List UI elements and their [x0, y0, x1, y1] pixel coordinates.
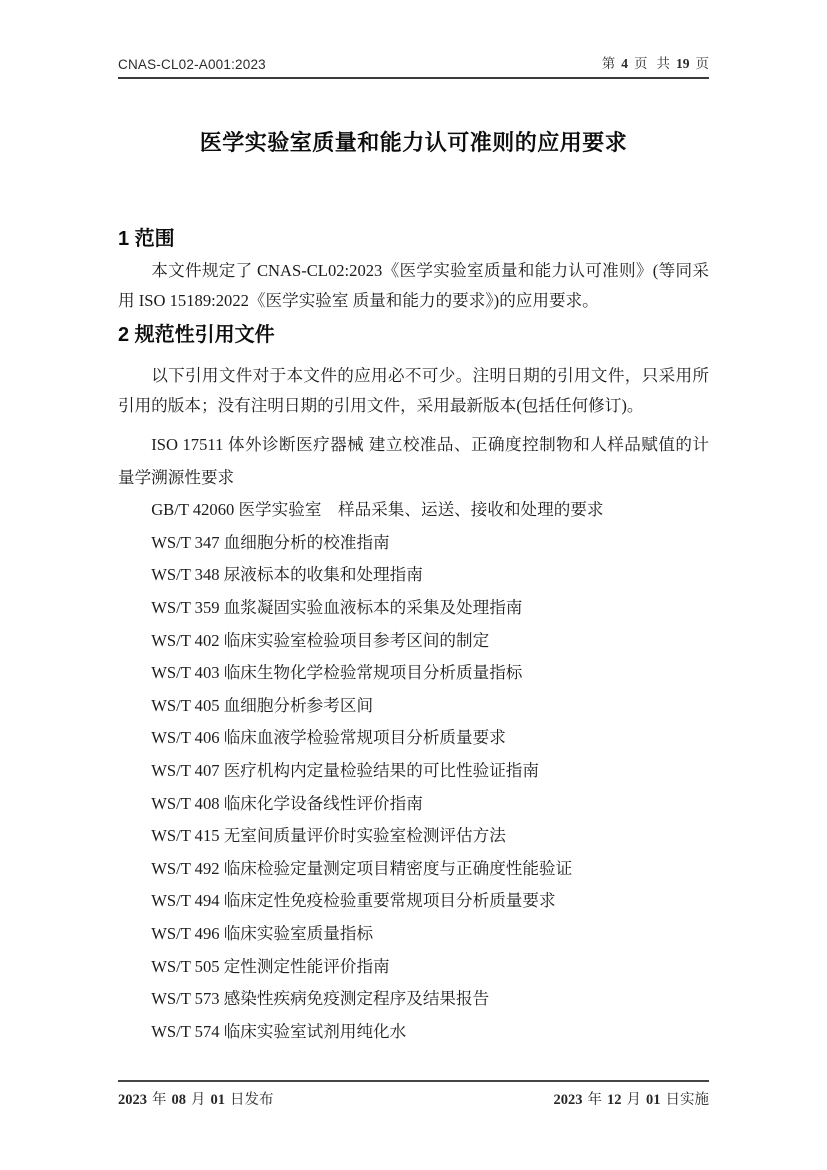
reference-item: WS/T 402 临床实验室检验项目参考区间的制定 [118, 625, 709, 658]
reference-item: WS/T 407 医疗机构内定量检验结果的可比性验证指南 [118, 755, 709, 788]
release-day-label: 日发布 [230, 1088, 274, 1109]
paragraph-references-intro: 以下引用文件对于本文件的应用必不可少。注明日期的引用文件，只采用所引用的版本；没… [118, 361, 709, 421]
footer-implementation-date: 2023 年 12 月 01 日实施 [554, 1088, 710, 1109]
implement-month: 12 [607, 1092, 622, 1109]
reference-item: WS/T 574 临床实验室试剂用纯化水 [118, 1016, 709, 1049]
document-page: CNAS-CL02-A001:2023 第 4 页 共 19 页 医学实验室质量… [0, 0, 827, 1170]
reference-item: GB/T 42060 医学实验室 样品采集、运送、接收和处理的要求 [118, 494, 709, 527]
reference-item: WS/T 494 临床定性免疫检验重要常规项目分析质量要求 [118, 885, 709, 918]
implement-year: 2023 [554, 1092, 583, 1109]
reference-item: WS/T 496 临床实验室质量指标 [118, 918, 709, 951]
release-month-label: 月 [191, 1088, 206, 1109]
release-day: 01 [211, 1092, 226, 1109]
reference-item: WS/T 505 定性测定性能评价指南 [118, 951, 709, 984]
page-footer: 2023 年 08 月 01 日发布 2023 年 12 月 01 日实施 [118, 1080, 709, 1109]
release-month: 08 [172, 1092, 187, 1109]
reference-item: WS/T 347 血细胞分析的校准指南 [118, 527, 709, 560]
implement-day: 01 [646, 1092, 661, 1109]
implement-day-label: 日实施 [666, 1088, 710, 1109]
reference-item: WS/T 573 感染性疾病免疫测定程序及结果报告 [118, 983, 709, 1016]
reference-item: WS/T 492 临床检验定量测定项目精密度与正确度性能验证 [118, 853, 709, 886]
reference-item: WS/T 348 尿液标本的收集和处理指南 [118, 559, 709, 592]
reference-item: WS/T 359 血浆凝固实验血液标本的采集及处理指南 [118, 592, 709, 625]
document-title: 医学实验室质量和能力认可准则的应用要求 [118, 128, 709, 158]
section-heading-scope: 1 范围 [118, 228, 709, 250]
reference-item: WS/T 408 临床化学设备线性评价指南 [118, 788, 709, 821]
reference-item: WS/T 405 血细胞分析参考区间 [118, 690, 709, 723]
section-heading-normative-references: 2 规范性引用文件 [118, 324, 709, 346]
reference-item: ISO 17511 体外诊断医疗器械 建立校准品、正确度控制物和人样品赋值的计量… [118, 429, 709, 494]
paragraph-scope: 本文件规定了 CNAS-CL02:2023《医学实验室质量和能力认可准则》(等同… [118, 256, 709, 316]
reference-item: WS/T 406 临床血液学检验常规项目分析质量要求 [118, 722, 709, 755]
release-year-label: 年 [152, 1088, 167, 1109]
implement-year-label: 年 [588, 1088, 603, 1109]
reference-list: ISO 17511 体外诊断医疗器械 建立校准品、正确度控制物和人样品赋值的计量… [118, 429, 709, 1048]
release-year: 2023 [118, 1092, 147, 1109]
footer-release-date: 2023 年 08 月 01 日发布 [118, 1088, 274, 1109]
reference-item: WS/T 403 临床生物化学检验常规项目分析质量指标 [118, 657, 709, 690]
reference-item: WS/T 415 无室间质量评价时实验室检测评估方法 [118, 820, 709, 853]
implement-month-label: 月 [627, 1088, 642, 1109]
document-body: 医学实验室质量和能力认可准则的应用要求 1 范围 本文件规定了 CNAS-CL0… [118, 0, 709, 1048]
